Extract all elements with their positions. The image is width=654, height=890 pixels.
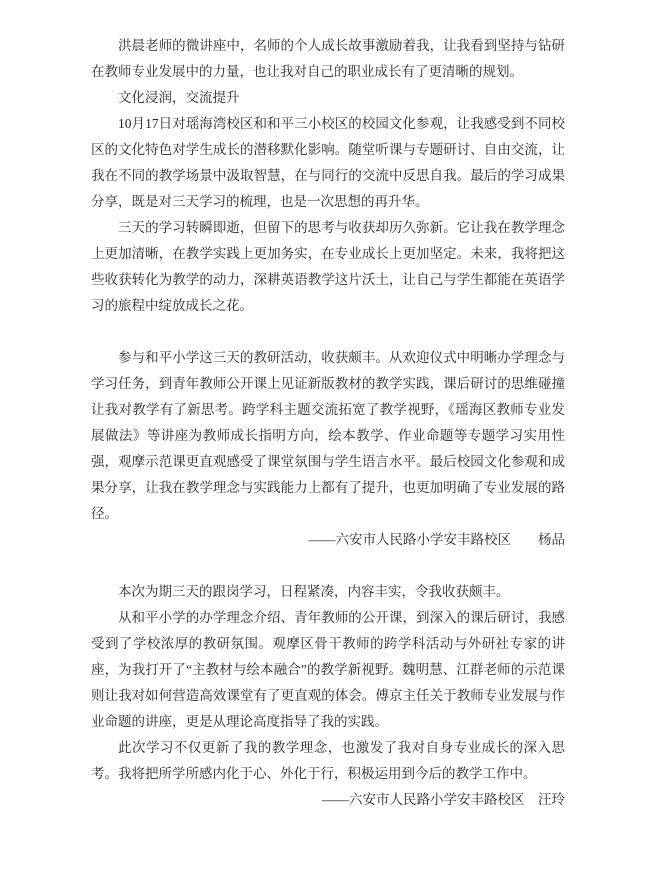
signature-line: ——六安市人民路小学安丰路校区 汪玲	[91, 787, 565, 813]
document-page: 洪晨老师的微讲座中，名师的个人成长故事激励着我，让我看到坚持与钻研在教师专业发展…	[0, 0, 654, 890]
signature-line: ——六安市人民路小学安丰路校区 杨品	[91, 527, 565, 553]
paragraph: 此次学习不仅更新了我的教学理念，也激发了我对自身专业成长的深入思考。我将把所学所…	[91, 735, 565, 787]
paragraph: 洪晨老师的微讲座中，名师的个人成长故事激励着我，让我看到坚持与钻研在教师专业发展…	[91, 33, 565, 85]
document-text-area: 洪晨老师的微讲座中，名师的个人成长故事激励着我，让我看到坚持与钻研在教师专业发展…	[91, 33, 565, 813]
blank-line	[91, 319, 565, 345]
paragraph: 文化浸润，交流提升	[91, 85, 565, 111]
paragraph: 从和平小学的办学理念介绍、青年教师的公开课，到深入的课后研讨，我感受到了学校浓厚…	[91, 605, 565, 735]
paragraph: 本次为期三天的跟岗学习，日程紧凑，内容丰实，令我收获颇丰。	[91, 579, 565, 605]
paragraph: 参与和平小学这三天的教研活动，收获颇丰。从欢迎仪式中明晰办学理念与学习任务，到青…	[91, 345, 565, 527]
paragraph: 三天的学习转瞬即逝，但留下的思考与收获却历久弥新。它让我在教学理念上更加清晰，在…	[91, 215, 565, 319]
paragraph: 10月17日对瑶海湾校区和和平三小校区的校园文化参观，让我感受到不同校区的文化特…	[91, 111, 565, 215]
blank-line	[91, 553, 565, 579]
